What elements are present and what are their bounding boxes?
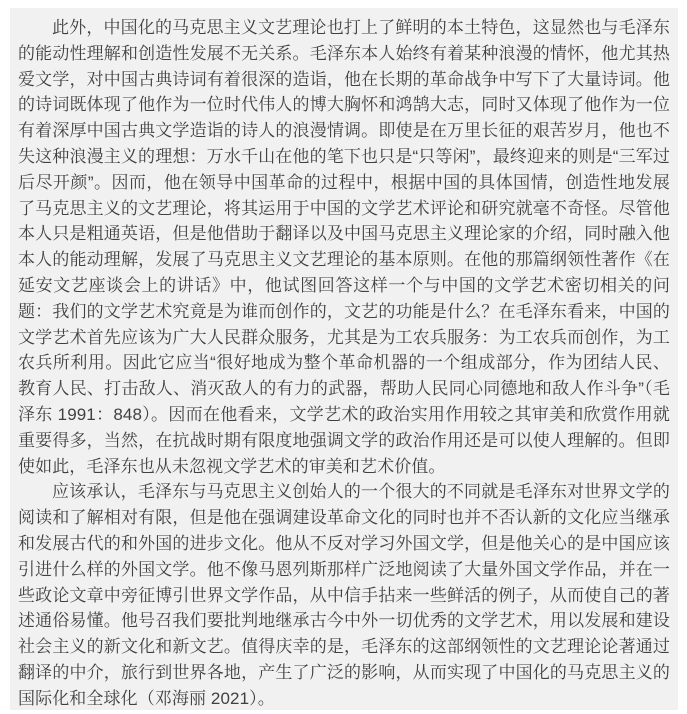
document-page: 此外，中国化的马克思主义文艺理论也打上了鲜明的本土特色，这显然也与毛泽东的能动性… [10, 8, 678, 710]
text-paragraph-2: 应该承认，毛泽东与马克思主义创始人的一个很大的不同就是毛泽东对世界文学的阅读和了… [18, 479, 670, 710]
text-paragraph-1: 此外，中国化的马克思主义文艺理论也打上了鲜明的本土特色，这显然也与毛泽东的能动性… [18, 15, 670, 479]
